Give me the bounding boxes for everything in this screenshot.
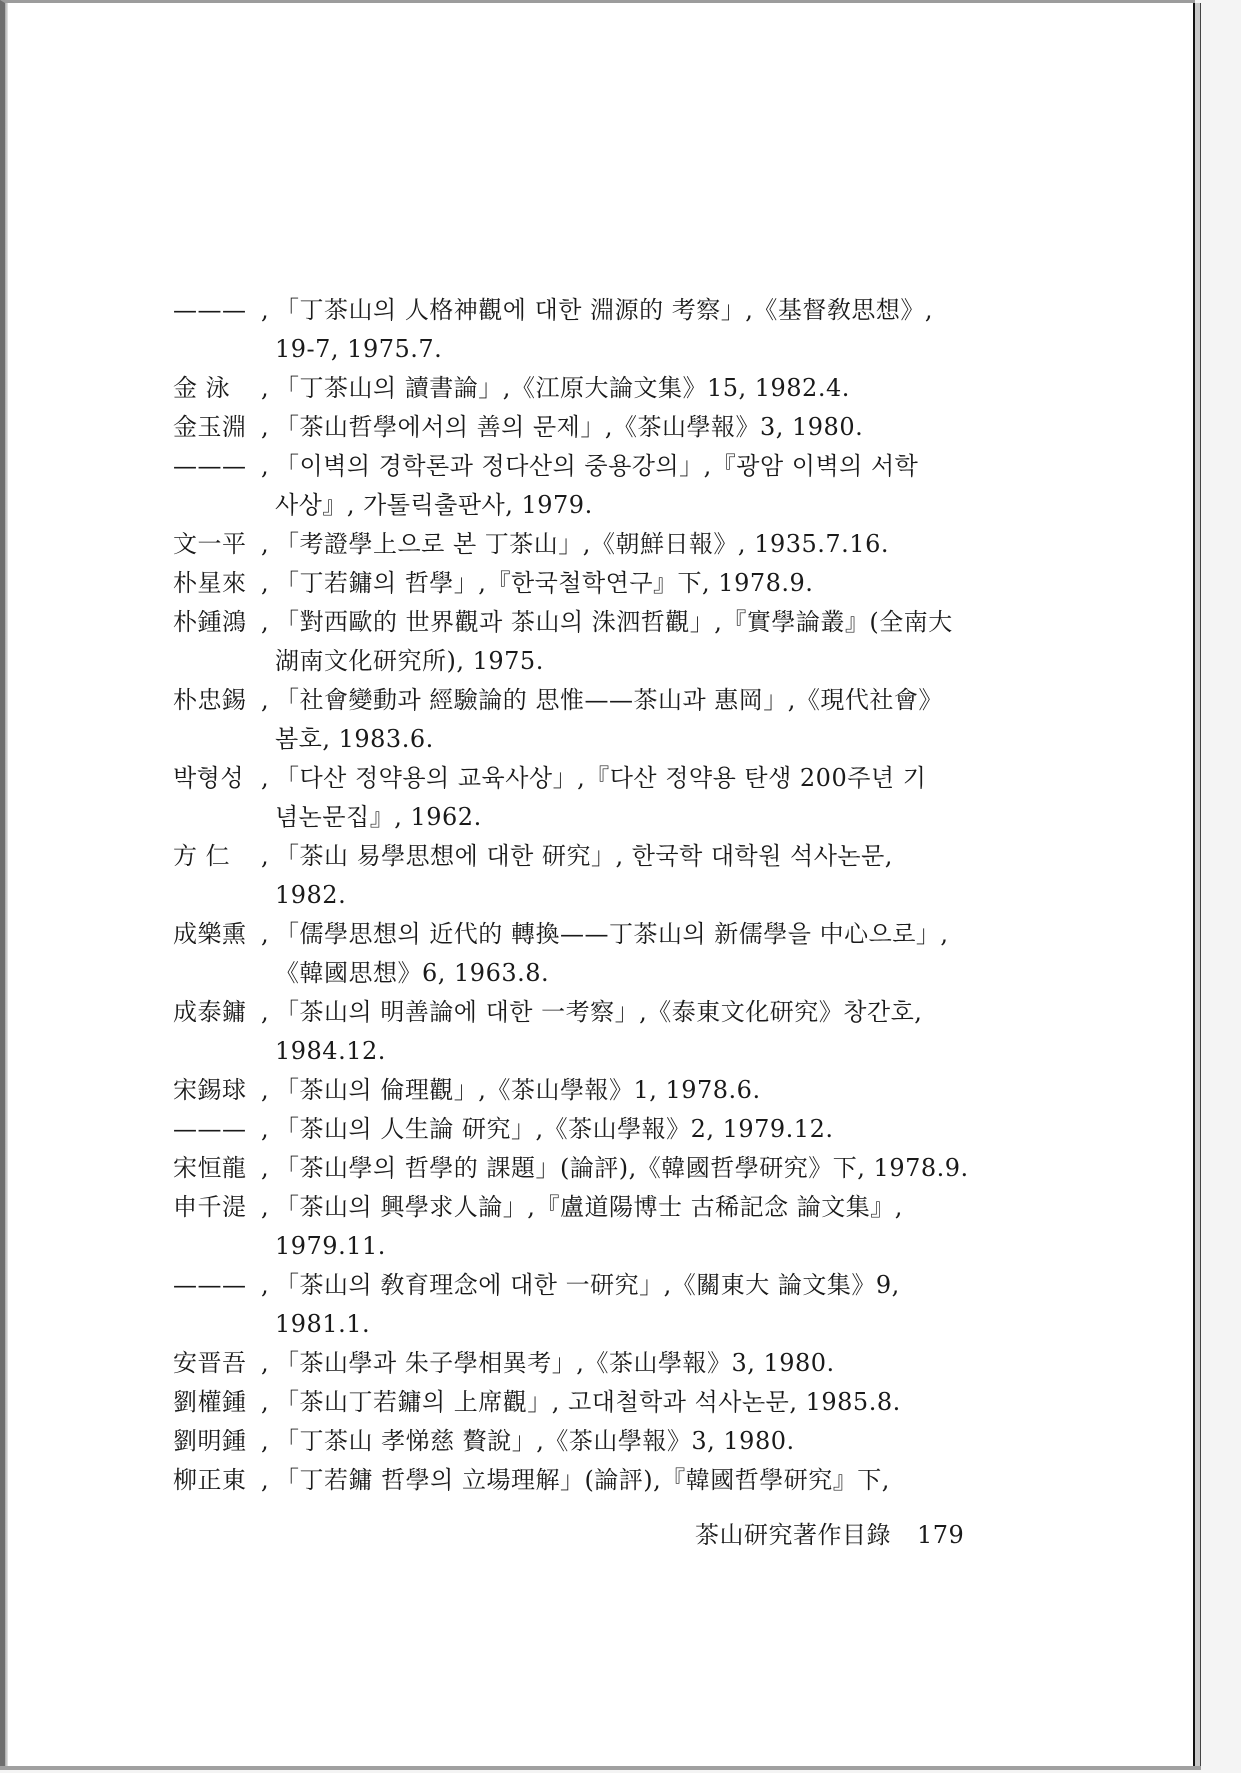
entry-reference: 「茶山의 倫理觀」,《茶山學報》1, 1978.6. xyxy=(275,1071,973,1110)
bibliography-entry: 朴鍾鴻,「對西歐的 世界觀과 茶山의 洙泗哲觀」,『實學論叢』(全南大湖南文化研… xyxy=(173,603,973,681)
author-separator: , xyxy=(261,1071,275,1110)
bibliography-entry: 宋恒龍,「茶山學의 哲學的 課題」(論評),《韓國哲學研究》下, 1978.9. xyxy=(173,1149,973,1188)
reference-line: 「丁若鏞 哲學의 立場理解」(論評),『韓國哲學研究』下, xyxy=(275,1461,973,1500)
bibliography-entry: 宋錫球,「茶山의 倫理觀」,《茶山學報》1, 1978.6. xyxy=(173,1071,973,1110)
entry-author: 劉權鍾 xyxy=(173,1383,261,1422)
reference-line: 「茶山哲學에서의 善의 문제」,《茶山學報》3, 1980. xyxy=(275,408,973,447)
entry-author: 安晋吾 xyxy=(173,1344,261,1383)
reference-line: 「儒學思想의 近代的 轉換——丁茶山의 新儒學을 中心으로」, xyxy=(275,915,973,954)
bibliography-entry: 文一平,「考證學上으로 본 丁茶山」,《朝鮮日報》, 1935.7.16. xyxy=(173,525,973,564)
entry-reference: 「丁若鏞 哲學의 立場理解」(論評),『韓國哲學研究』下, xyxy=(275,1461,973,1500)
entry-reference: 「茶山의 興學求人論」,『盧道陽博士 古稀記念 論文集』,1979.11. xyxy=(275,1188,973,1266)
bibliography-entry: 朴星來,「丁若鏞의 哲學」,『한국철학연구』下, 1978.9. xyxy=(173,564,973,603)
entry-reference: 「茶山學의 哲學的 課題」(論評),《韓國哲學研究》下, 1978.9. xyxy=(275,1149,973,1188)
entry-reference: 「茶山哲學에서의 善의 문제」,《茶山學報》3, 1980. xyxy=(275,408,973,447)
author-separator: , xyxy=(261,759,275,798)
author-separator: , xyxy=(261,681,275,720)
bibliography-entry: 劉明鍾,「丁茶山 孝悌慈 贅說」,《茶山學報》3, 1980. xyxy=(173,1422,973,1461)
reference-continuation: 념논문집』, 1962. xyxy=(275,798,973,837)
bibliography-entry: 柳正東,「丁若鏞 哲學의 立場理解」(論評),『韓國哲學研究』下, xyxy=(173,1461,973,1500)
entry-author: 方 仁 xyxy=(173,837,261,876)
bibliography-entry: ———,「茶山의 人生論 研究」,《茶山學報》2, 1979.12. xyxy=(173,1110,973,1149)
author-separator: , xyxy=(261,525,275,564)
entry-author: 成樂熏 xyxy=(173,915,261,954)
author-separator: , xyxy=(261,291,275,330)
bibliography-entry: 박형성,「다산 정약용의 교육사상」,『다산 정약용 탄생 200주년 기념논문… xyxy=(173,759,973,837)
author-separator: , xyxy=(261,1149,275,1188)
bibliography-entry: 申千湜,「茶山의 興學求人論」,『盧道陽博士 古稀記念 論文集』,1979.11… xyxy=(173,1188,973,1266)
author-separator: , xyxy=(261,447,275,486)
bibliography-entry: 劉權鍾,「茶山丁若鏞의 上席觀」, 고대철학과 석사논문, 1985.8. xyxy=(173,1383,973,1422)
reference-line: 「社會變動과 經驗論的 思惟——茶山과 惠岡」,《現代社會》 xyxy=(275,681,973,720)
author-separator: , xyxy=(261,1266,275,1305)
page-number: 179 xyxy=(917,1521,964,1549)
page-footer: 茶山研究著作目錄179 xyxy=(695,1515,964,1550)
bibliography-entry: 成樂熏,「儒學思想의 近代的 轉換——丁茶山의 新儒學을 中心으로」,《韓國思想… xyxy=(173,915,973,993)
reference-line: 「丁茶山의 人格神觀에 대한 淵源的 考察」,《基督敎思想》, xyxy=(275,291,973,330)
reference-continuation: 1982. xyxy=(275,876,973,915)
entry-author: 金 泳 xyxy=(173,369,261,408)
bibliography-entry: 金 泳,「丁茶山의 讀書論」,《江原大論文集》15, 1982.4. xyxy=(173,369,973,408)
reference-line: 「茶山學과 朱子學相異考」,《茶山學報》3, 1980. xyxy=(275,1344,973,1383)
bibliography-entry: ———,「茶山의 敎育理念에 대한 一研究」,《關東大 論文集》9,1981.1… xyxy=(173,1266,973,1344)
entry-author: ——— xyxy=(173,447,261,486)
reference-continuation: 19-7, 1975.7. xyxy=(275,330,973,369)
reference-line: 「丁若鏞의 哲學」,『한국철학연구』下, 1978.9. xyxy=(275,564,973,603)
entry-reference: 「茶山의 敎育理念에 대한 一研究」,《關東大 論文集》9,1981.1. xyxy=(275,1266,973,1344)
reference-continuation: 1979.11. xyxy=(275,1227,973,1266)
bibliography-entry: 安晋吾,「茶山學과 朱子學相異考」,《茶山學報》3, 1980. xyxy=(173,1344,973,1383)
reference-line: 「考證學上으로 본 丁茶山」,《朝鮮日報》, 1935.7.16. xyxy=(275,525,973,564)
reference-line: 「茶山의 明善論에 대한 一考察」,《泰東文化研究》창간호, xyxy=(275,993,973,1032)
author-separator: , xyxy=(261,603,275,642)
author-separator: , xyxy=(261,408,275,447)
bibliography-entry: ———,「이벽의 경학론과 정다산의 중용강의」,『광암 이벽의 서학사상』, … xyxy=(173,447,973,525)
reference-line: 「茶山丁若鏞의 上席觀」, 고대철학과 석사논문, 1985.8. xyxy=(275,1383,973,1422)
entry-reference: 「茶山 易學思想에 대한 研究」, 한국학 대학원 석사논문,1982. xyxy=(275,837,973,915)
author-separator: , xyxy=(261,837,275,876)
reference-line: 「茶山學의 哲學的 課題」(論評),《韓國哲學研究》下, 1978.9. xyxy=(275,1149,973,1188)
entry-reference: 「茶山學과 朱子學相異考」,《茶山學報》3, 1980. xyxy=(275,1344,973,1383)
entry-author: 文一平 xyxy=(173,525,261,564)
author-separator: , xyxy=(261,993,275,1032)
entry-author: ——— xyxy=(173,1266,261,1305)
entry-reference: 「丁茶山 孝悌慈 贅說」,《茶山學報》3, 1980. xyxy=(275,1422,973,1461)
page-edge-right xyxy=(1193,3,1201,1766)
reference-line: 「茶山의 人生論 研究」,《茶山學報》2, 1979.12. xyxy=(275,1110,973,1149)
entry-reference: 「이벽의 경학론과 정다산의 중용강의」,『광암 이벽의 서학사상』, 가톨릭출… xyxy=(275,447,973,525)
entry-author: 宋恒龍 xyxy=(173,1149,261,1188)
reference-line: 「茶山 易學思想에 대한 研究」, 한국학 대학원 석사논문, xyxy=(275,837,973,876)
page-edge-bottom xyxy=(0,1766,1201,1770)
reference-line: 「丁茶山의 讀書論」,《江原大論文集》15, 1982.4. xyxy=(275,369,973,408)
entry-author: ——— xyxy=(173,291,261,330)
entry-author: 申千湜 xyxy=(173,1188,261,1227)
entry-author: 成泰鏞 xyxy=(173,993,261,1032)
running-title: 茶山研究著作目錄 xyxy=(695,1521,891,1549)
author-separator: , xyxy=(261,1188,275,1227)
reference-line: 「다산 정약용의 교육사상」,『다산 정약용 탄생 200주년 기 xyxy=(275,759,973,798)
entry-author: 金玉淵 xyxy=(173,408,261,447)
entry-author: 박형성 xyxy=(173,759,261,798)
bibliography-entry: 金玉淵,「茶山哲學에서의 善의 문제」,《茶山學報》3, 1980. xyxy=(173,408,973,447)
entry-reference: 「丁茶山의 讀書論」,《江原大論文集》15, 1982.4. xyxy=(275,369,973,408)
reference-continuation: 봄호, 1983.6. xyxy=(275,720,973,759)
entry-reference: 「對西歐的 世界觀과 茶山의 洙泗哲觀」,『實學論叢』(全南大湖南文化研究所),… xyxy=(275,603,973,681)
bibliography-list: ———,「丁茶山의 人格神觀에 대한 淵源的 考察」,《基督敎思想》,19-7,… xyxy=(173,291,973,1500)
bibliography-entry: 方 仁,「茶山 易學思想에 대한 研究」, 한국학 대학원 석사논문,1982. xyxy=(173,837,973,915)
entry-author: ——— xyxy=(173,1110,261,1149)
entry-reference: 「茶山의 明善論에 대한 一考察」,《泰東文化研究》창간호,1984.12. xyxy=(275,993,973,1071)
entry-reference: 「丁若鏞의 哲學」,『한국철학연구』下, 1978.9. xyxy=(275,564,973,603)
entry-reference: 「茶山의 人生論 研究」,《茶山學報》2, 1979.12. xyxy=(275,1110,973,1149)
author-separator: , xyxy=(261,1422,275,1461)
author-separator: , xyxy=(261,1110,275,1149)
document-page: ———,「丁茶山의 人格神觀에 대한 淵源的 考察」,《基督敎思想》,19-7,… xyxy=(0,0,1195,1766)
reference-continuation: 사상』, 가톨릭출판사, 1979. xyxy=(275,486,973,525)
bibliography-entry: 朴忠錫,「社會變動과 經驗論的 思惟——茶山과 惠岡」,《現代社會》봄호, 19… xyxy=(173,681,973,759)
author-separator: , xyxy=(261,564,275,603)
reference-line: 「이벽의 경학론과 정다산의 중용강의」,『광암 이벽의 서학 xyxy=(275,447,973,486)
reference-line: 「對西歐的 世界觀과 茶山의 洙泗哲觀」,『實學論叢』(全南大 xyxy=(275,603,973,642)
entry-reference: 「考證學上으로 본 丁茶山」,《朝鮮日報》, 1935.7.16. xyxy=(275,525,973,564)
entry-reference: 「社會變動과 經驗論的 思惟——茶山과 惠岡」,《現代社會》봄호, 1983.6… xyxy=(275,681,973,759)
entry-reference: 「丁茶山의 人格神觀에 대한 淵源的 考察」,《基督敎思想》,19-7, 197… xyxy=(275,291,973,369)
author-separator: , xyxy=(261,369,275,408)
reference-continuation: 1981.1. xyxy=(275,1305,973,1344)
author-separator: , xyxy=(261,1461,275,1500)
entry-author: 朴忠錫 xyxy=(173,681,261,720)
reference-continuation: 《韓國思想》6, 1963.8. xyxy=(275,954,973,993)
reference-line: 「茶山의 倫理觀」,《茶山學報》1, 1978.6. xyxy=(275,1071,973,1110)
reference-continuation: 1984.12. xyxy=(275,1032,973,1071)
entry-author: 朴星來 xyxy=(173,564,261,603)
entry-author: 劉明鍾 xyxy=(173,1422,261,1461)
reference-line: 「茶山의 興學求人論」,『盧道陽博士 古稀記念 論文集』, xyxy=(275,1188,973,1227)
bibliography-entry: ———,「丁茶山의 人格神觀에 대한 淵源的 考察」,《基督敎思想》,19-7,… xyxy=(173,291,973,369)
bibliography-entry: 成泰鏞,「茶山의 明善論에 대한 一考察」,《泰東文化研究》창간호,1984.1… xyxy=(173,993,973,1071)
author-separator: , xyxy=(261,915,275,954)
entry-author: 朴鍾鴻 xyxy=(173,603,261,642)
entry-reference: 「儒學思想의 近代的 轉換——丁茶山의 新儒學을 中心으로」,《韓國思想》6, … xyxy=(275,915,973,993)
entry-author: 柳正東 xyxy=(173,1461,261,1500)
entry-reference: 「茶山丁若鏞의 上席觀」, 고대철학과 석사논문, 1985.8. xyxy=(275,1383,973,1422)
reference-line: 「茶山의 敎育理念에 대한 一研究」,《關東大 論文集》9, xyxy=(275,1266,973,1305)
author-separator: , xyxy=(261,1383,275,1422)
reference-line: 「丁茶山 孝悌慈 贅說」,《茶山學報》3, 1980. xyxy=(275,1422,973,1461)
author-separator: , xyxy=(261,1344,275,1383)
reference-continuation: 湖南文化研究所), 1975. xyxy=(275,642,973,681)
entry-author: 宋錫球 xyxy=(173,1071,261,1110)
entry-reference: 「다산 정약용의 교육사상」,『다산 정약용 탄생 200주년 기념논문집』, … xyxy=(275,759,973,837)
